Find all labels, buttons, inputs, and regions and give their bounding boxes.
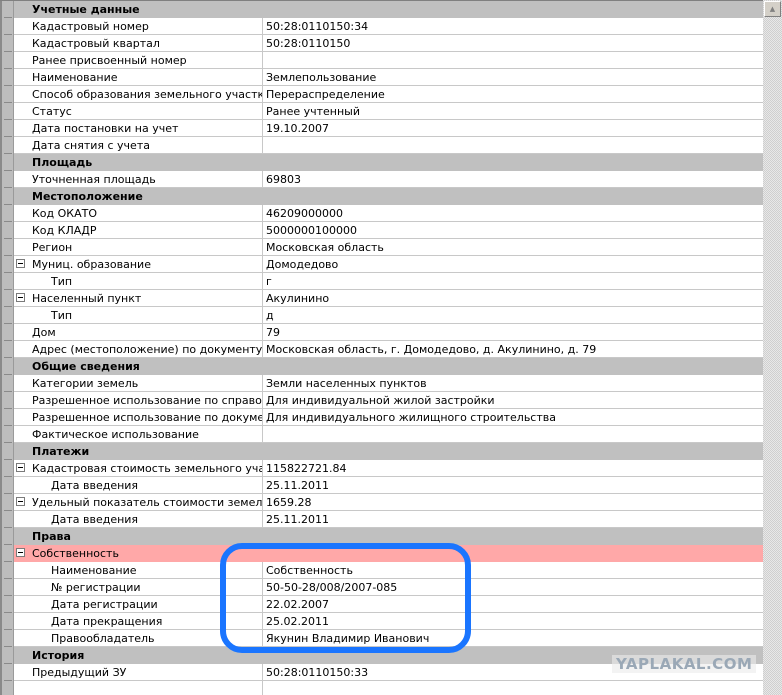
- property-value[interactable]: 79: [263, 324, 763, 341]
- property-row[interactable]: РегионМосковская область: [0, 239, 763, 256]
- row-gutter: [0, 273, 14, 290]
- property-name-cell[interactable]: Дом: [14, 324, 263, 341]
- property-name-cell[interactable]: Кадастровый номер: [14, 18, 263, 35]
- property-name-cell[interactable]: Категории земель: [14, 375, 263, 392]
- row-gutter: [0, 69, 14, 86]
- category-row[interactable]: Учетные данные: [0, 1, 763, 18]
- property-row[interactable]: Дата введения25.11.2011: [0, 477, 763, 494]
- property-rows: Учетные данныеКадастровый номер50:28:011…: [0, 1, 763, 695]
- property-name: Статус: [32, 105, 72, 118]
- property-name-cell[interactable]: Права: [14, 528, 263, 545]
- property-name-cell[interactable]: Площадь: [14, 154, 263, 171]
- property-name-cell[interactable]: Дата прекращения: [14, 613, 263, 630]
- property-value[interactable]: 69803: [263, 171, 763, 188]
- category-row[interactable]: Площадь: [0, 154, 763, 171]
- property-row[interactable]: Дата постановки на учет19.10.2007: [0, 120, 763, 137]
- row-gutter: [0, 358, 14, 375]
- property-name-cell[interactable]: Предыдущий ЗУ: [14, 664, 263, 681]
- property-name: Разрешенное использование по документу: [32, 411, 263, 424]
- property-name-cell[interactable]: Регион: [14, 239, 263, 256]
- row-gutter: [0, 239, 14, 256]
- property-name-cell[interactable]: История: [14, 647, 263, 664]
- property-value[interactable]: 50:28:0110150: [263, 35, 763, 52]
- property-row[interactable]: Удельный показатель стоимости земель1659…: [0, 494, 763, 511]
- property-name: Код КЛАДР: [32, 224, 96, 237]
- collapse-icon[interactable]: [16, 293, 25, 302]
- row-gutter: [0, 426, 14, 443]
- property-row[interactable]: Дата введения25.11.2011: [0, 511, 763, 528]
- property-name-cell[interactable]: Код ОКАТО: [14, 205, 263, 222]
- row-gutter: [0, 596, 14, 613]
- property-row[interactable]: Код КЛАДР5000000100000: [0, 222, 763, 239]
- row-gutter: [0, 103, 14, 120]
- property-value[interactable]: 25.02.2011: [263, 613, 763, 630]
- property-name-cell[interactable]: Муниц. образование: [14, 256, 263, 273]
- collapse-icon[interactable]: [16, 548, 25, 557]
- row-gutter: [0, 188, 14, 205]
- property-value[interactable]: [263, 528, 763, 545]
- property-row[interactable]: Муниц. образованиеДомодедово: [0, 256, 763, 273]
- property-value[interactable]: Земли населенных пунктов: [263, 375, 763, 392]
- property-value[interactable]: Акулинино: [263, 290, 763, 307]
- property-row[interactable]: Кадастровая стоимость земельного участка…: [0, 460, 763, 477]
- row-gutter: [0, 154, 14, 171]
- vertical-scrollbar[interactable]: ▲: [763, 0, 782, 695]
- collapse-icon[interactable]: [16, 259, 25, 268]
- property-name-cell[interactable]: Код КЛАДР: [14, 222, 263, 239]
- row-gutter: [0, 528, 14, 545]
- property-name-cell[interactable]: Ранее присвоенный номер: [14, 52, 263, 69]
- property-name-cell[interactable]: Собственность: [14, 545, 263, 562]
- property-value[interactable]: Московская область: [263, 239, 763, 256]
- property-name-cell[interactable]: Местоположение: [14, 188, 263, 205]
- property-name: Дата прекращения: [51, 615, 162, 628]
- property-value[interactable]: Московская область, г. Домодедово, д. Ак…: [263, 341, 763, 358]
- collapse-icon[interactable]: [16, 497, 25, 506]
- property-value[interactable]: 50-50-28/008/2007-085: [263, 579, 763, 596]
- property-row[interactable]: № регистрации50-50-28/008/2007-085: [0, 579, 763, 596]
- property-name-cell[interactable]: [14, 681, 263, 695]
- property-name: Дата введения: [51, 513, 138, 526]
- row-gutter: [0, 256, 14, 273]
- property-value[interactable]: Домодедово: [263, 256, 763, 273]
- property-row[interactable]: Дом79: [0, 324, 763, 341]
- property-value[interactable]: 115822721.84: [263, 460, 763, 477]
- property-name-cell[interactable]: Адрес (местоположение) по документу: [14, 341, 263, 358]
- property-name-cell[interactable]: Платежи: [14, 443, 263, 460]
- property-name: № регистрации: [51, 581, 141, 594]
- row-gutter: [0, 18, 14, 35]
- property-name: Учетные данные: [32, 3, 140, 16]
- property-value[interactable]: [263, 52, 763, 69]
- property-value[interactable]: [263, 443, 763, 460]
- row-gutter: [0, 341, 14, 358]
- property-name-cell[interactable]: Статус: [14, 103, 263, 120]
- property-name: Дата постановки на учет: [32, 122, 178, 135]
- row-gutter: [0, 307, 14, 324]
- property-name: Предыдущий ЗУ: [32, 666, 126, 679]
- property-value[interactable]: д: [263, 307, 763, 324]
- property-name: Наименование: [51, 564, 136, 577]
- property-row[interactable]: Уточненная площадь69803: [0, 171, 763, 188]
- row-gutter: [0, 477, 14, 494]
- row-gutter: [0, 460, 14, 477]
- property-row[interactable]: НаименованиеЗемлепользование: [0, 69, 763, 86]
- property-name: Наименование: [32, 71, 117, 84]
- property-name-cell[interactable]: Дата введения: [14, 477, 263, 494]
- property-row[interactable]: НаименованиеСобственность: [0, 562, 763, 579]
- property-value[interactable]: Землепользование: [263, 69, 763, 86]
- property-name-cell[interactable]: Фактическое использование: [14, 426, 263, 443]
- property-name: Тип: [51, 275, 72, 288]
- property-name: Удельный показатель стоимости земель: [32, 496, 263, 509]
- row-gutter: [0, 120, 14, 137]
- property-value[interactable]: 25.11.2011: [263, 477, 763, 494]
- property-value[interactable]: Собственность: [263, 562, 763, 579]
- property-name-cell[interactable]: Наименование: [14, 562, 263, 579]
- row-gutter: [0, 1, 14, 18]
- row-gutter: [0, 562, 14, 579]
- property-row[interactable]: Собственность: [0, 545, 763, 562]
- property-name-cell[interactable]: Учетные данные: [14, 1, 263, 18]
- property-name-cell[interactable]: Удельный показатель стоимости земель: [14, 494, 263, 511]
- category-row[interactable]: Права: [0, 528, 763, 545]
- property-value[interactable]: 5000000100000: [263, 222, 763, 239]
- property-value[interactable]: [263, 426, 763, 443]
- property-value[interactable]: [263, 681, 763, 695]
- property-name: Способ образования земельного участка: [32, 88, 263, 101]
- property-value[interactable]: [263, 137, 763, 154]
- property-name-cell[interactable]: Уточненная площадь: [14, 171, 263, 188]
- property-name: Уточненная площадь: [32, 173, 156, 186]
- property-name: Тип: [51, 309, 72, 322]
- scroll-up-button[interactable]: ▲: [764, 1, 781, 17]
- property-row[interactable]: Адрес (местоположение) по документуМоско…: [0, 341, 763, 358]
- property-value[interactable]: 25.11.2011: [263, 511, 763, 528]
- property-name: История: [32, 649, 84, 662]
- property-name-cell[interactable]: Разрешенное использование по справочни..…: [14, 392, 263, 409]
- property-row[interactable]: Фактическое использование: [0, 426, 763, 443]
- property-name: Кадастровый номер: [32, 20, 149, 33]
- property-name: Площадь: [32, 156, 92, 169]
- property-value[interactable]: 1659.28: [263, 494, 763, 511]
- property-row[interactable]: Дата прекращения25.02.2011: [0, 613, 763, 630]
- row-gutter: [0, 324, 14, 341]
- property-name-cell[interactable]: Способ образования земельного участка: [14, 86, 263, 103]
- property-row[interactable]: Способ образования земельного участкаПер…: [0, 86, 763, 103]
- property-value[interactable]: Ранее учтенный: [263, 103, 763, 120]
- row-gutter: [0, 35, 14, 52]
- property-row[interactable]: Кадастровый номер50:28:0110150:34: [0, 18, 763, 35]
- row-gutter: [0, 171, 14, 188]
- property-value[interactable]: [263, 188, 763, 205]
- property-value[interactable]: 19.10.2007: [263, 120, 763, 137]
- property-name-cell[interactable]: Дата регистрации: [14, 596, 263, 613]
- property-value[interactable]: [263, 154, 763, 171]
- property-value[interactable]: 22.02.2007: [263, 596, 763, 613]
- property-row[interactable]: Типд: [0, 307, 763, 324]
- property-row[interactable]: Разрешенное использование по документуДл…: [0, 409, 763, 426]
- property-name: Собственность: [32, 547, 119, 560]
- property-name: Кадастровая стоимость земельного участка: [32, 462, 263, 475]
- property-name-cell[interactable]: Дата введения: [14, 511, 263, 528]
- property-name: Дата регистрации: [51, 598, 158, 611]
- property-row[interactable]: Дата снятия с учета: [0, 137, 763, 154]
- row-gutter: [0, 86, 14, 103]
- property-name: Кадастровый квартал: [32, 37, 160, 50]
- row-gutter: [0, 222, 14, 239]
- property-row[interactable]: Ранее присвоенный номер: [0, 52, 763, 69]
- property-name-cell[interactable]: Разрешенное использование по документу: [14, 409, 263, 426]
- collapse-icon[interactable]: [16, 463, 25, 472]
- property-name-cell[interactable]: Правообладатель: [14, 630, 263, 647]
- property-name: Муниц. образование: [32, 258, 151, 271]
- row-gutter: [0, 205, 14, 222]
- property-row[interactable]: Дата регистрации22.02.2007: [0, 596, 763, 613]
- row-gutter: [0, 630, 14, 647]
- property-name: Дом: [32, 326, 56, 339]
- property-name-cell[interactable]: Наименование: [14, 69, 263, 86]
- property-name-cell[interactable]: Тип: [14, 273, 263, 290]
- category-row[interactable]: Платежи: [0, 443, 763, 460]
- row-gutter: [0, 494, 14, 511]
- property-name: Общие сведения: [32, 360, 140, 373]
- row-gutter: [0, 511, 14, 528]
- property-name-cell[interactable]: № регистрации: [14, 579, 263, 596]
- property-name: Фактическое использование: [32, 428, 199, 441]
- property-value[interactable]: г: [263, 273, 763, 290]
- property-name: Адрес (местоположение) по документу: [32, 343, 262, 356]
- row-gutter: [0, 681, 14, 695]
- category-row[interactable]: Местоположение: [0, 188, 763, 205]
- property-grid: Учетные данныеКадастровый номер50:28:011…: [0, 0, 763, 695]
- property-name-cell[interactable]: Дата снятия с учета: [14, 137, 263, 154]
- row-gutter: [0, 290, 14, 307]
- row-gutter: [0, 647, 14, 664]
- property-value[interactable]: [263, 358, 763, 375]
- property-name: Платежи: [32, 445, 89, 458]
- property-name-cell[interactable]: Тип: [14, 307, 263, 324]
- property-name: Местоположение: [32, 190, 143, 203]
- arrow-up-icon: ▲: [770, 5, 775, 13]
- row-gutter: [0, 52, 14, 69]
- property-name: Дата снятия с учета: [32, 139, 150, 152]
- property-name: Ранее присвоенный номер: [32, 54, 187, 67]
- property-name-cell[interactable]: Общие сведения: [14, 358, 263, 375]
- row-gutter: [0, 613, 14, 630]
- property-name-cell[interactable]: Кадастровый квартал: [14, 35, 263, 52]
- property-name: Разрешенное использование по справочни..…: [32, 394, 263, 407]
- property-name-cell[interactable]: Кадастровая стоимость земельного участка: [14, 460, 263, 477]
- property-value[interactable]: Якунин Владимир Иванович: [263, 630, 763, 647]
- property-name: Категории земель: [32, 377, 138, 390]
- row-gutter: [0, 392, 14, 409]
- property-name: Правообладатель: [51, 632, 155, 645]
- row-gutter: [0, 579, 14, 596]
- property-value[interactable]: [263, 545, 763, 562]
- property-row[interactable]: Код ОКАТО46209000000: [0, 205, 763, 222]
- property-name-cell[interactable]: Населенный пункт: [14, 290, 263, 307]
- property-row[interactable]: СтатусРанее учтенный: [0, 103, 763, 120]
- property-row[interactable]: Категории земельЗемли населенных пунктов: [0, 375, 763, 392]
- row-gutter: [0, 664, 14, 681]
- property-row[interactable]: Кадастровый квартал50:28:0110150: [0, 35, 763, 52]
- row-gutter: [0, 137, 14, 154]
- property-name: Дата введения: [51, 479, 138, 492]
- property-row[interactable]: Типг: [0, 273, 763, 290]
- property-row[interactable]: Населенный пунктАкулинино: [0, 290, 763, 307]
- category-row[interactable]: Общие сведения: [0, 358, 763, 375]
- row-gutter: [0, 545, 14, 562]
- row-gutter: [0, 443, 14, 460]
- row-gutter: [0, 409, 14, 426]
- property-row[interactable]: [0, 681, 763, 695]
- property-name: Права: [32, 530, 71, 543]
- property-value[interactable]: Для индивидуального жилищного строительс…: [263, 409, 763, 426]
- property-name: Регион: [32, 241, 72, 254]
- property-value[interactable]: Перераспределение: [263, 86, 763, 103]
- property-name: Населенный пункт: [32, 292, 141, 305]
- row-gutter: [0, 375, 14, 392]
- watermark: YAPLAKAL.COM: [612, 655, 756, 673]
- property-value[interactable]: [263, 1, 763, 18]
- property-value[interactable]: Для индивидуальной жилой застройки: [263, 392, 763, 409]
- property-row[interactable]: Разрешенное использование по справочни..…: [0, 392, 763, 409]
- property-name-cell[interactable]: Дата постановки на учет: [14, 120, 263, 137]
- property-value[interactable]: 50:28:0110150:34: [263, 18, 763, 35]
- property-name: Код ОКАТО: [32, 207, 97, 220]
- property-value[interactable]: 46209000000: [263, 205, 763, 222]
- property-row[interactable]: ПравообладательЯкунин Владимир Иванович: [0, 630, 763, 647]
